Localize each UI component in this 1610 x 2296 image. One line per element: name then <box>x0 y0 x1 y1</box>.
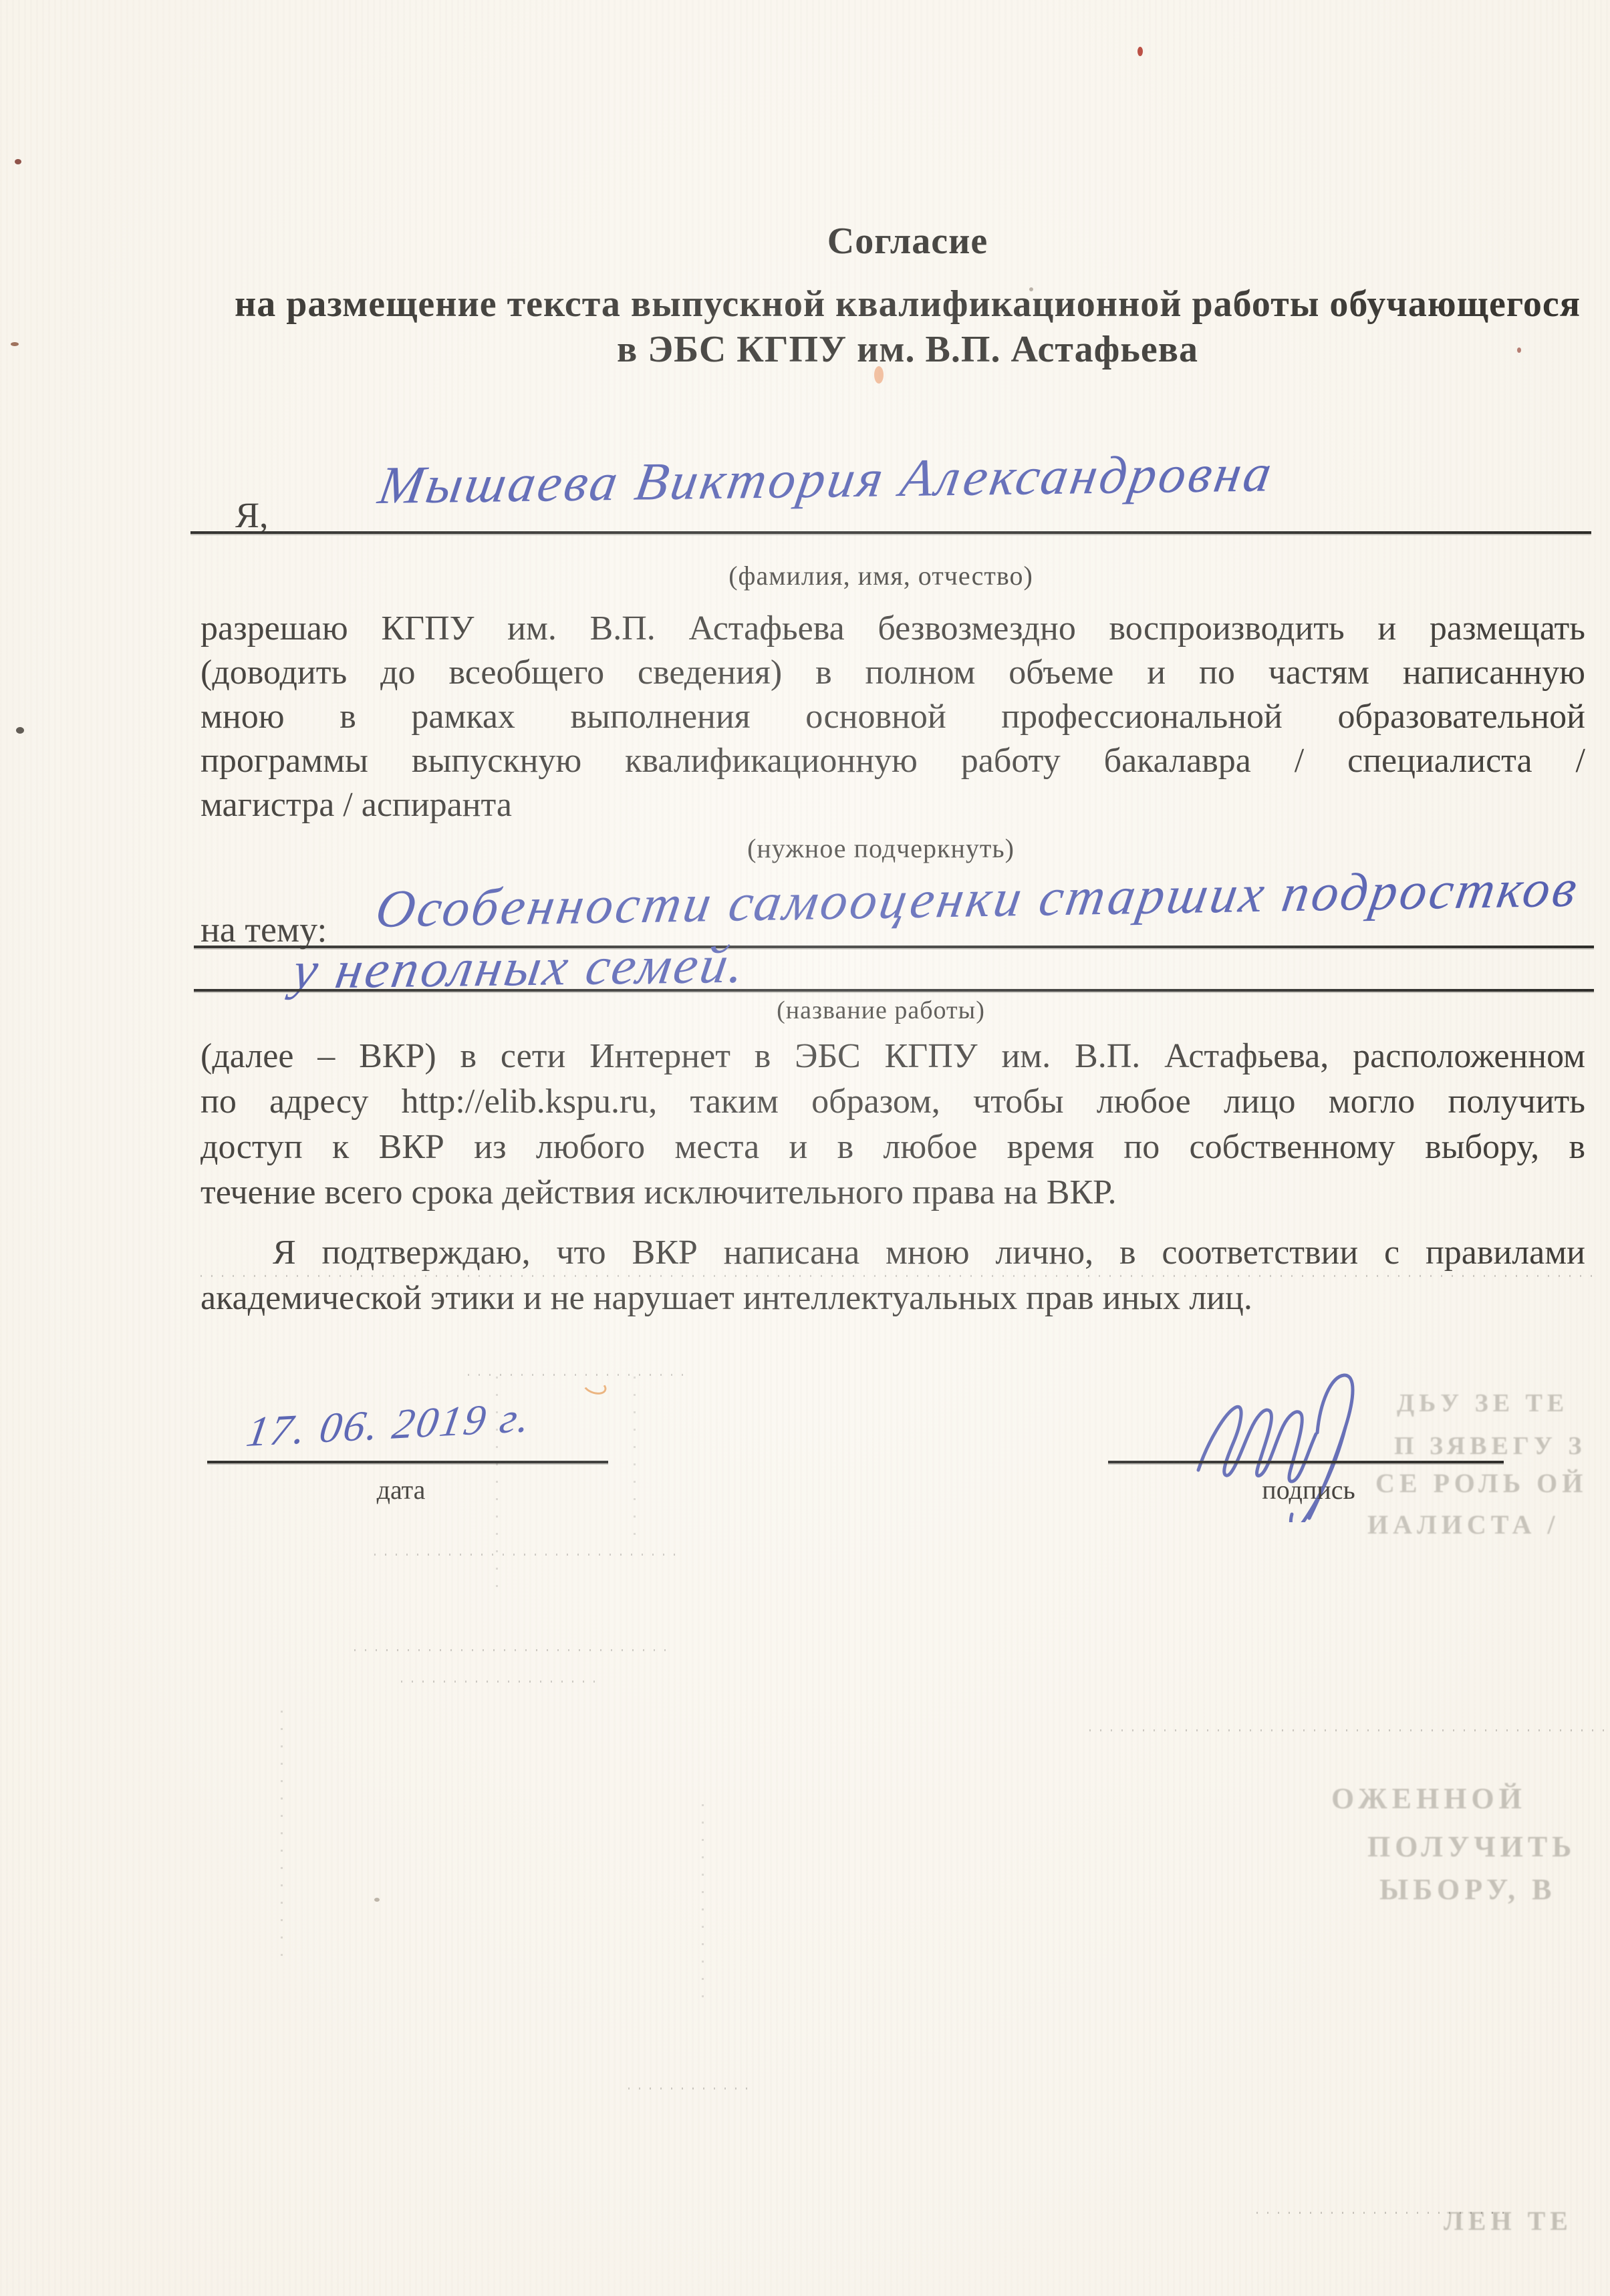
confirmation-line-1: Я подтверждаю, что ВКР написана мною лич… <box>200 1231 1585 1275</box>
name-caption: (фамилия, имя, отчество) <box>187 560 1575 591</box>
permission-line-5: магистра / аспиранта <box>200 783 1585 827</box>
scan-noise-row <box>1256 2212 1510 2214</box>
bleed-through-text: ПОЛУЧИТЬ <box>1367 1830 1576 1864</box>
scan-noise-row <box>1089 1729 1604 1731</box>
bleed-through-text: ОЖЕННОЙ <box>1331 1781 1526 1816</box>
scan-speck <box>374 1898 380 1902</box>
terms-line-3: доступ к ВКР из любого места и в любое в… <box>200 1125 1585 1169</box>
confirmation-line-2: академической этики и не нарушает интелл… <box>200 1276 1585 1320</box>
scan-speck <box>1029 287 1033 291</box>
handwritten-date: 17. 06. 2019 г. <box>243 1393 535 1457</box>
topic-caption: (название работы) <box>187 996 1575 1025</box>
handwritten-topic-line1: Особенности самооценки старших подростко… <box>372 859 1583 940</box>
scan-noise-row <box>628 2088 749 2090</box>
scan-speck <box>1517 347 1521 353</box>
signature-underline <box>1108 1461 1504 1463</box>
bleed-through-text: ЫБОРУ, В <box>1379 1872 1556 1906</box>
scan-noise-column <box>634 1377 636 1537</box>
date-underline <box>207 1461 608 1463</box>
scan-noise-column <box>702 1804 704 2005</box>
underline-instruction-caption: (нужное подчеркнуть) <box>187 833 1575 864</box>
topic-underline-2 <box>194 989 1594 992</box>
scan-noise-row <box>200 1275 1597 1277</box>
bleed-through-text: ЛЕН ТЕ <box>1444 2205 1573 2237</box>
bleed-through-text: ИАЛИСТА / <box>1367 1509 1560 1540</box>
permission-line-1: разрешаю КГПУ им. В.П. Астафьева безвозм… <box>200 607 1585 651</box>
scan-noise-row <box>374 1554 675 1556</box>
scan-speck <box>1137 47 1143 56</box>
scan-noise-row <box>468 1374 688 1376</box>
terms-line-2: по адресу http://elib.kspu.ru, таким обр… <box>200 1080 1585 1124</box>
name-underline <box>190 531 1591 534</box>
scan-speck <box>581 1376 608 1397</box>
document-subtitle-line2: в ЭБС КГПУ им. В.П. Астафьева <box>221 329 1595 370</box>
document-title: Согласие <box>221 221 1595 262</box>
terms-line-1: (далее – ВКР) в сети Интернет в ЭБС КГПУ… <box>200 1034 1585 1079</box>
document-subtitle-line1: на размещение текста выпускной квалифика… <box>221 283 1595 325</box>
scan-noise-column <box>281 1711 283 1965</box>
scan-speck <box>11 342 19 346</box>
permission-line-3: мною в рамках выполнения основной профес… <box>200 695 1585 739</box>
scan-noise-row <box>401 1681 601 1683</box>
bleed-through-text: СЕ РОЛЬ ОЙ <box>1375 1467 1587 1499</box>
permission-line-4: программы выпускную квалификационную раб… <box>200 739 1585 783</box>
scan-speck <box>16 727 24 734</box>
scan-speck <box>15 159 21 164</box>
scanned-consent-form: Согласие на размещение текста выпускной … <box>0 0 1610 2296</box>
scan-noise-row <box>354 1649 668 1651</box>
signature-caption: подпись <box>1262 1474 1355 1505</box>
bleed-through-text: ДЬУ ЗЕ ТЕ <box>1397 1389 1569 1418</box>
scan-noise-column <box>496 1377 498 1597</box>
scan-speck <box>874 366 884 384</box>
terms-line-4: течение всего срока действия исключитель… <box>200 1171 1585 1215</box>
handwritten-full-name: Мышаева Виктория Александровна <box>374 443 1279 517</box>
date-caption: дата <box>377 1474 426 1505</box>
bleed-through-text: П ЗЯВЕГУ З <box>1394 1431 1586 1461</box>
permission-line-2: (доводить до всеобщего сведения) в полно… <box>200 651 1585 695</box>
name-prefix: Я, <box>235 494 269 536</box>
